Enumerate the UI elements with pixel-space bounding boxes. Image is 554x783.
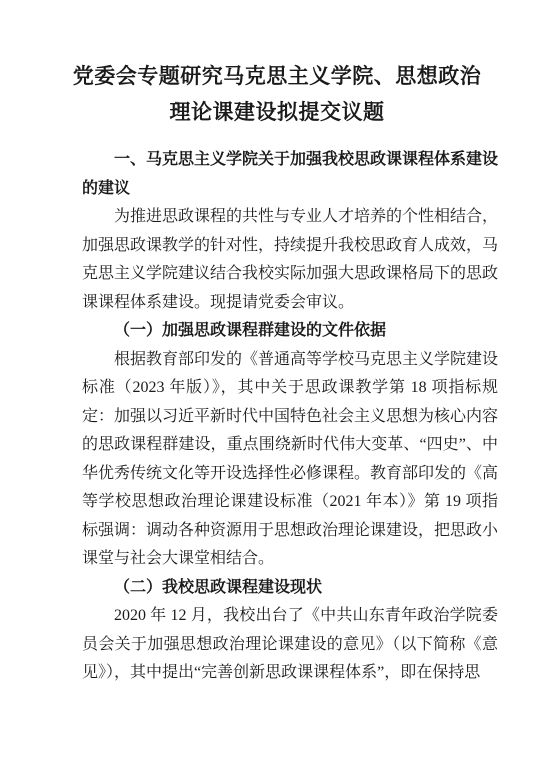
document-title-line-2: 理论课建设拟提交议题 [0,94,554,130]
paragraph-intro: 为推进思政课程的共性与专业人才培养的个性相结合，加强思政课教学的针对性，持续提升… [82,203,498,317]
paragraph-policy-basis: 根据教育部印发的《普通高等学校马克思主义学院建设标准（2023 年版）》，其中关… [82,346,498,574]
document-title: 党委会专题研究马克思主义学院、思想政治 理论课建设拟提交议题 [0,58,554,130]
document-page: 党委会专题研究马克思主义学院、思想政治 理论课建设拟提交议题 一、马克思主义学院… [0,0,554,783]
document-body: 一、马克思主义学院关于加强我校思政课课程体系建设的建议 为推进思政课程的共性与专… [82,146,498,688]
paragraph-current-status: 2020 年 12 月，我校出台了《中共山东青年政治学院委员会关于加强思想政治理… [82,602,498,688]
section-heading-1: 一、马克思主义学院关于加强我校思政课课程体系建设的建议 [82,146,498,203]
document-title-line-1: 党委会专题研究马克思主义学院、思想政治 [0,58,554,94]
subsection-heading-2: （二）我校思政课程建设现状 [82,574,498,603]
subsection-heading-1: （一）加强思政课程群建设的文件依据 [82,317,498,346]
